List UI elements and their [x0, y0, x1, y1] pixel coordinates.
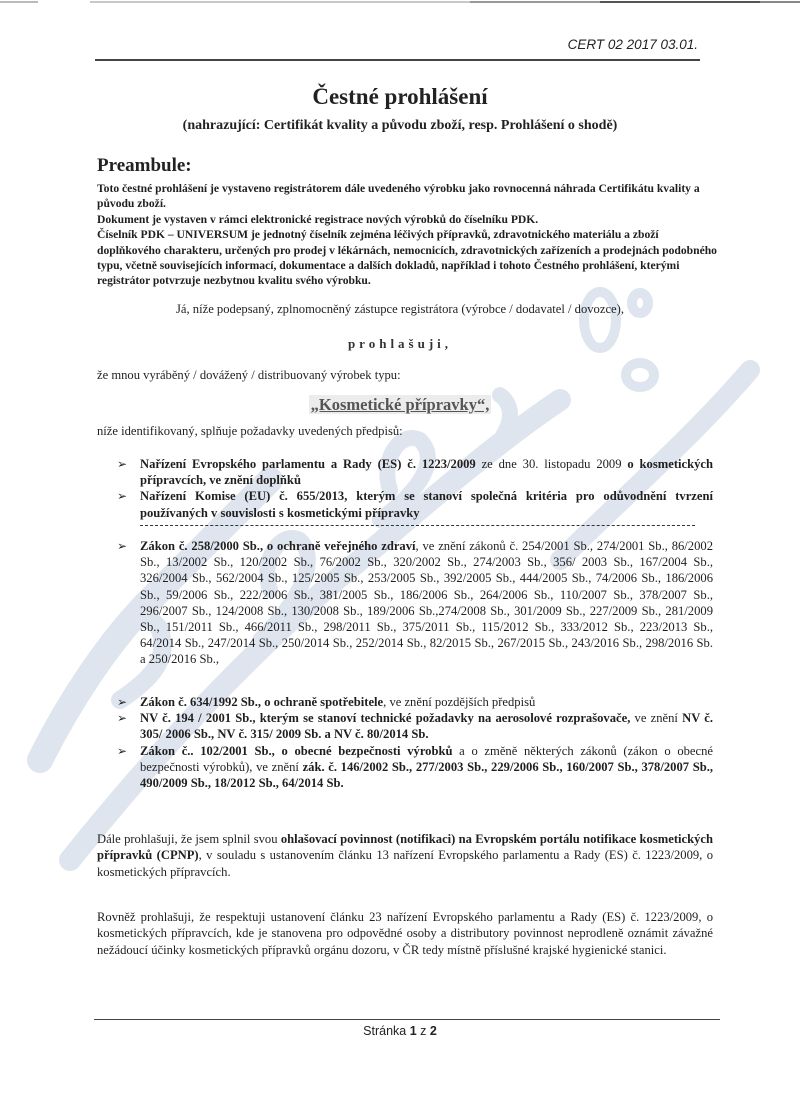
product-intro: že mnou vyráběný / dovážený / distribuov… [97, 368, 401, 383]
header-rule [95, 59, 700, 61]
list-item: ➢ Zákon č.. 102/2001 Sb., o obecné bezpe… [117, 743, 713, 792]
cz-regulations-list: ➢ Zákon č. 258/2000 Sb., o ochraně veřej… [117, 538, 713, 668]
article23-paragraph: Rovněž prohlašuji, že respektuji ustanov… [97, 909, 713, 958]
current-page: 1 [410, 1024, 417, 1038]
footer-rule [94, 1019, 720, 1020]
preamble-text: Toto čestné prohlášení je vystaveno regi… [97, 181, 717, 289]
certificate-code: CERT 02 2017 03.01. [568, 37, 698, 52]
preamble-paragraph: Dokument je vystaven v rámci elektronick… [97, 212, 717, 227]
list-item: ➢ NV č. 194 / 2001 Sb., kterým se stanov… [117, 710, 713, 742]
arrow-bullet-icon: ➢ [117, 743, 127, 759]
regulation-text: ve znění [630, 711, 682, 725]
regulation-title: Nařízení Evropského parlamentu a Rady (E… [140, 457, 476, 471]
document-subtitle: (nahrazující: Certifikát kvality a původ… [0, 118, 800, 134]
document-title: Čestné prohlášení [0, 84, 800, 110]
arrow-bullet-icon: ➢ [117, 456, 127, 472]
list-item: ➢ Zákon č. 258/2000 Sb., o ochraně veřej… [117, 538, 713, 668]
list-item: ➢ Nařízení Komise (EU) č. 655/2013, kter… [117, 488, 713, 520]
arrow-bullet-icon: ➢ [117, 710, 127, 726]
arrow-bullet-icon: ➢ [117, 694, 127, 710]
signatory-line: Já, níže podepsaný, zplnomocněný zástupc… [0, 302, 800, 317]
notification-text: Dále prohlašuji, že jsem splnil svou [97, 832, 281, 846]
regulation-title: Nařízení Komise (EU) č. 655/2013, kterým… [140, 489, 713, 519]
arrow-bullet-icon: ➢ [117, 538, 127, 554]
regulation-title: Zákon č. 634/1992 Sb., o ochraně spotřeb… [140, 695, 383, 709]
regulation-text: ze dne 30. listopadu 2009 [476, 457, 628, 471]
arrow-bullet-icon: ➢ [117, 488, 127, 504]
regulation-text: , ve znění zákonů č. 254/2001 Sb., 274/2… [140, 539, 713, 666]
page-of-label: z [417, 1024, 430, 1038]
product-type-label: „Kosmetické přípravky“, [309, 395, 492, 414]
regulation-title: Zákon č. 258/2000 Sb., o ochraně veřejné… [140, 539, 416, 553]
preamble-paragraph: Toto čestné prohlášení je vystaveno regi… [97, 181, 717, 212]
page-label: Stránka [363, 1024, 410, 1038]
regulation-title: Zákon č.. 102/2001 Sb., o obecné bezpečn… [140, 744, 452, 758]
regulation-text: , ve znění pozdějších předpisů [383, 695, 535, 709]
total-pages: 2 [430, 1024, 437, 1038]
eu-regulations-list: ➢ Nařízení Evropského parlamentu a Rady … [117, 456, 713, 521]
preamble-heading: Preambule: [97, 155, 192, 177]
list-item: ➢ Nařízení Evropského parlamentu a Rady … [117, 456, 713, 488]
product-type: „Kosmetické přípravky“, [0, 395, 800, 415]
page-number: Stránka 1 z 2 [0, 1024, 800, 1038]
preamble-paragraph: Číselník PDK – UNIVERSUM je jednotný čís… [97, 227, 717, 289]
regulation-title: NV č. 194 / 2001 Sb., kterým se stanoví … [140, 711, 630, 725]
notification-paragraph: Dále prohlašuji, že jsem splnil svou ohl… [97, 831, 713, 880]
declare-word: prohlašuji, [0, 336, 800, 352]
document-page: CERT 02 2017 03.01. Čestné prohlášení (n… [0, 0, 800, 1100]
dashed-separator [140, 525, 695, 526]
cz-regulations-list-2: ➢ Zákon č. 634/1992 Sb., o ochraně spotř… [117, 694, 713, 791]
list-item: ➢ Zákon č. 634/1992 Sb., o ochraně spotř… [117, 694, 713, 710]
compliance-intro: níže identifikovaný, splňuje požadavky u… [97, 424, 403, 439]
